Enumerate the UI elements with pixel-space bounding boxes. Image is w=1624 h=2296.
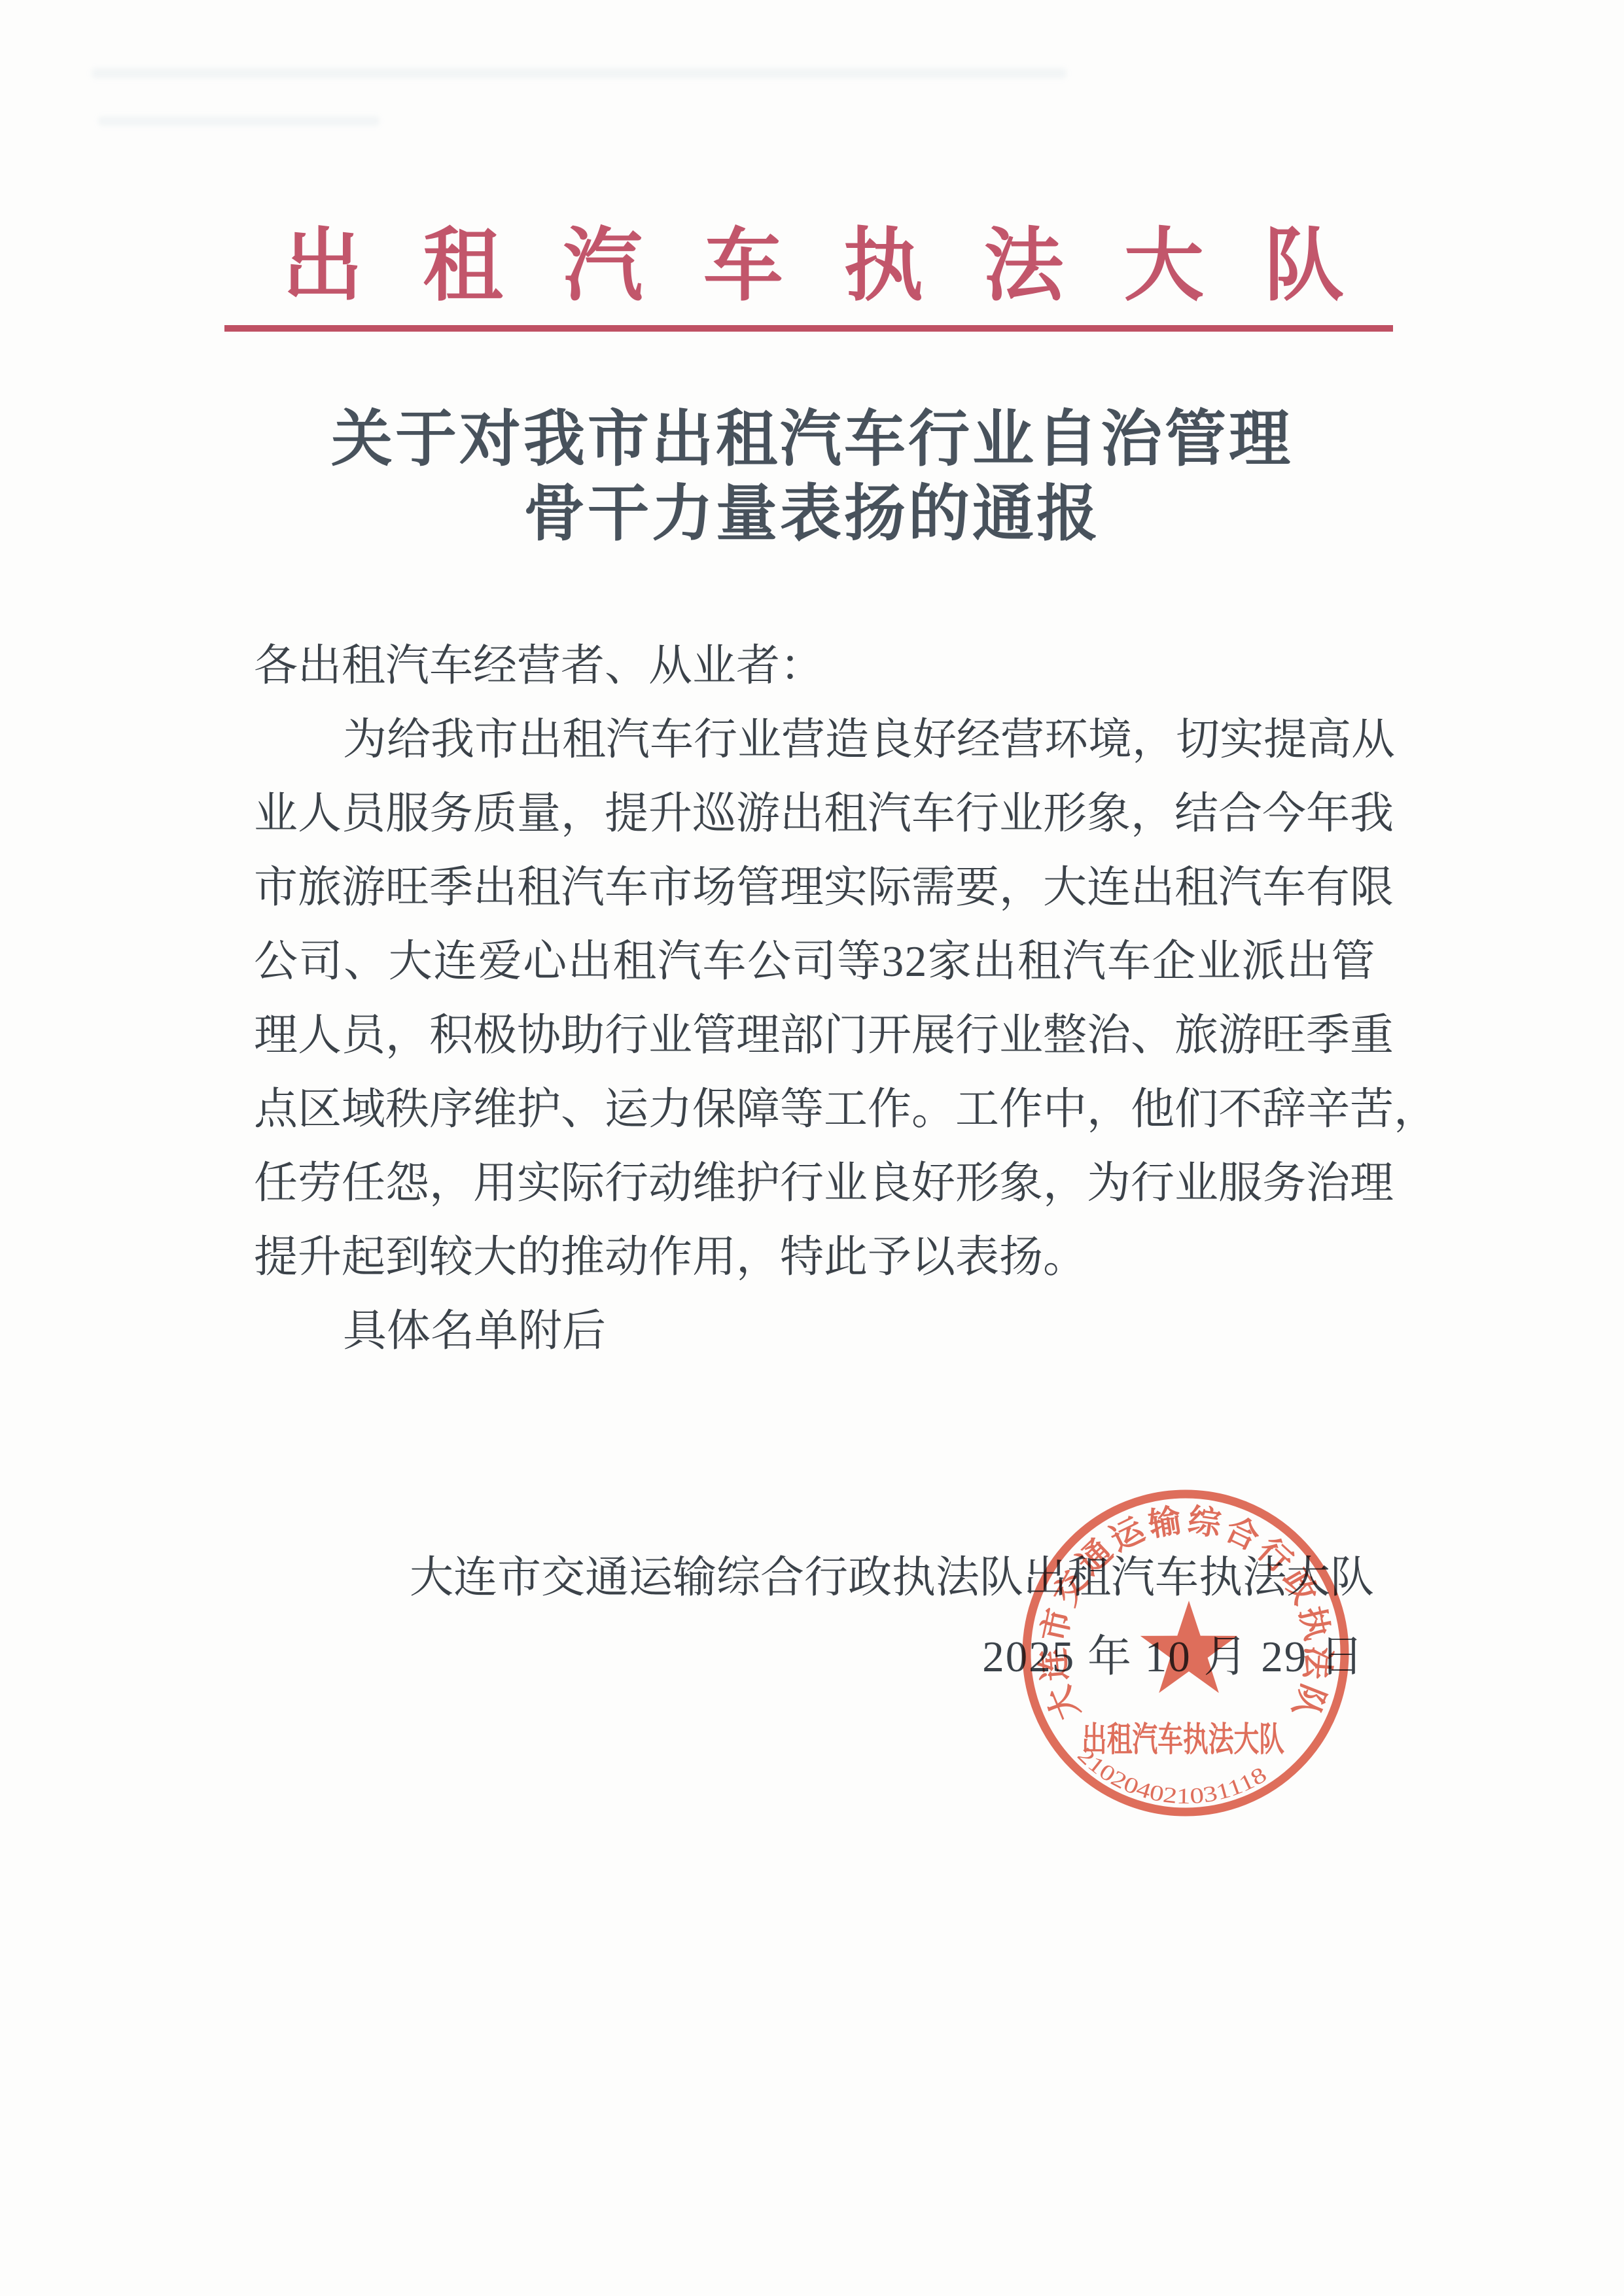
official-stamp: 大连市交通运输综合行政执法队 出租汽车执法大队 210204021031118 bbox=[1015, 1483, 1356, 1823]
scan-artifact bbox=[92, 68, 1067, 78]
stamp-unit-text: 出租汽车执法大队 bbox=[1082, 1721, 1284, 1759]
document-title: 关于对我市出租汽车行业自治管理 骨干力量表扬的通报 bbox=[0, 402, 1624, 551]
body-line: 任劳任怨，用实际行动维护行业良好形象，为行业服务治理 bbox=[254, 1147, 1375, 1221]
body-line: 市旅游旺季出租汽车市场管理实际需要，大连出租汽车有限 bbox=[254, 851, 1375, 925]
scan-artifact bbox=[98, 116, 380, 126]
body-line: 理人员，积极协助行业管理部门开展行业整治、旅游旺季重 bbox=[254, 999, 1375, 1073]
letterhead-agency-title: 出租汽车执法大队 bbox=[283, 221, 1344, 313]
body-line: 提升起到较大的推动作用，特此予以表扬。 bbox=[254, 1221, 1375, 1295]
salutation-line: 各出租汽车经营者、从业者： bbox=[254, 629, 1375, 703]
body-line: 为给我市出租汽车行业营造良好经营环境，切实提高从 bbox=[254, 703, 1375, 777]
document-title-line-2: 骨干力量表扬的通报 bbox=[0, 477, 1624, 551]
letterhead-divider-rule bbox=[224, 325, 1393, 332]
body-line: 点区域秩序维护、运力保障等工作。工作中，他们不辞辛苦， bbox=[254, 1073, 1375, 1147]
scanned-document-page: 出租汽车执法大队 关于对我市出租汽车行业自治管理 骨干力量表扬的通报 各出租汽车… bbox=[0, 0, 1624, 2296]
body-line: 业人员服务质量，提升巡游出租汽车行业形象，结合今年我 bbox=[254, 777, 1375, 851]
document-title-line-1: 关于对我市出租汽车行业自治管理 bbox=[0, 402, 1624, 477]
closing-line: 具体名单附后 bbox=[254, 1295, 1375, 1368]
stamp-star bbox=[1140, 1601, 1237, 1693]
document-body: 各出租汽车经营者、从业者： 为给我市出租汽车行业营造良好经营环境，切实提高从 业… bbox=[254, 629, 1375, 1368]
body-line: 公司、大连爱心出租汽车公司等32家出租汽车企业派出管 bbox=[254, 925, 1375, 999]
